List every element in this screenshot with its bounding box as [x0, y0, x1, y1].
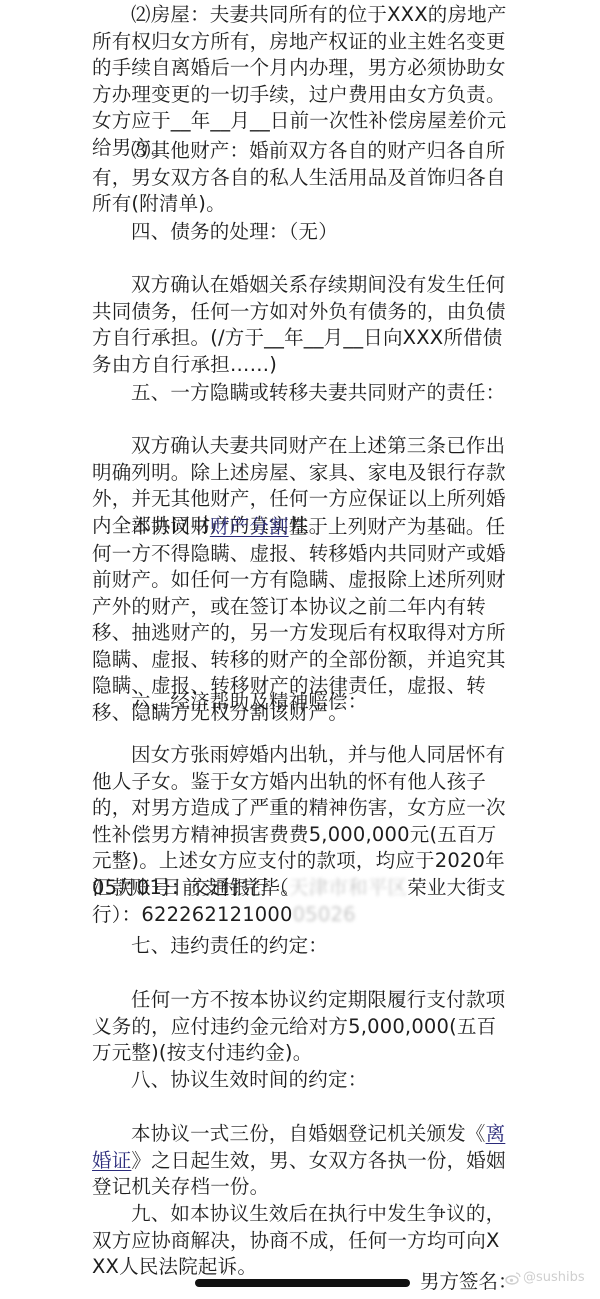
male-signature-label: 男方签名：: [420, 1266, 518, 1294]
redacted-text: 天津市和平区: [289, 876, 407, 899]
text-run: 五、一方隐瞒或转移夫妻共同财产的责任：: [131, 381, 505, 404]
text-run: 四、债务的处理：（无）: [131, 220, 338, 243]
text-run: 任何一方不按本协议约定期限履行支付款项义务的，应付违约金元给对方5,000,00…: [92, 988, 505, 1064]
home-indicator-bar[interactable]: [195, 1279, 410, 1287]
watermark-text: @sushibs: [523, 1270, 585, 1285]
section-heading: 六、经济帮助及精神赔偿：: [92, 689, 551, 716]
signature-row: 男方签名： @sushibs: [0, 1268, 600, 1294]
text-run: 七、违约责任的约定：: [131, 934, 328, 957]
inline-link[interactable]: 财产分割: [210, 515, 289, 538]
section-heading: 四、债务的处理：（无）: [92, 219, 551, 246]
text-run: ⑶其他财产：婚前双方各自的财产归各自所有，男女双方各自的私人生活用品及首饰归各自…: [92, 139, 506, 215]
paragraph: 双方确认在婚姻关系存续期间没有发生任何共同债务，任何一方如对外负有债务的，由负债…: [92, 272, 512, 378]
text-run: 本协议书: [131, 515, 210, 538]
paragraph: 本协议一式三份，自婚姻登记机关颁发《离婚证》之日起生效，男、女双方各执一份，婚姻…: [92, 1121, 512, 1201]
text-run: 》之日起生效，男、女双方各执一份，婚姻登记机关存档一份。: [92, 1149, 506, 1199]
paragraph: ⑶其他财产：婚前双方各自的财产归各自所有，男女双方各自的私人生活用品及首饰归各自…: [92, 138, 512, 218]
paragraph: 汇款账号：交通银行（天津市和平区荣业大街支行）：6222621210000502…: [92, 875, 512, 928]
text-run: ⑵房屋：夫妻共同所有的位于XXX的房地产所有权归女方所有，房地产权证的业主姓名变…: [92, 3, 507, 159]
section-heading: 五、一方隐瞒或转移夫妻共同财产的责任：: [92, 380, 551, 407]
section-heading: 八、协议生效时间的约定：: [92, 1067, 551, 1094]
text-run: 汇款账号：交通银行（: [92, 876, 289, 899]
text-run: 双方确认在婚姻关系存续期间没有发生任何共同债务，任何一方如对外负有债务的，由负债…: [92, 273, 506, 376]
weibo-watermark: @sushibs: [505, 1270, 585, 1285]
text-run: 八、协议生效时间的约定：: [131, 1068, 367, 1091]
section-heading: 七、违约责任的约定：: [92, 933, 551, 960]
text-run: 本协议一式三份，自婚姻登记机关颁发《: [131, 1122, 486, 1145]
weibo-icon: [505, 1271, 521, 1285]
paragraph: 任何一方不按本协议约定期限履行支付款项义务的，应付违约金元给对方5,000,00…: [92, 987, 512, 1067]
text-run: 六、经济帮助及精神赔偿：: [131, 690, 367, 713]
redacted-text: 05026: [293, 903, 356, 926]
